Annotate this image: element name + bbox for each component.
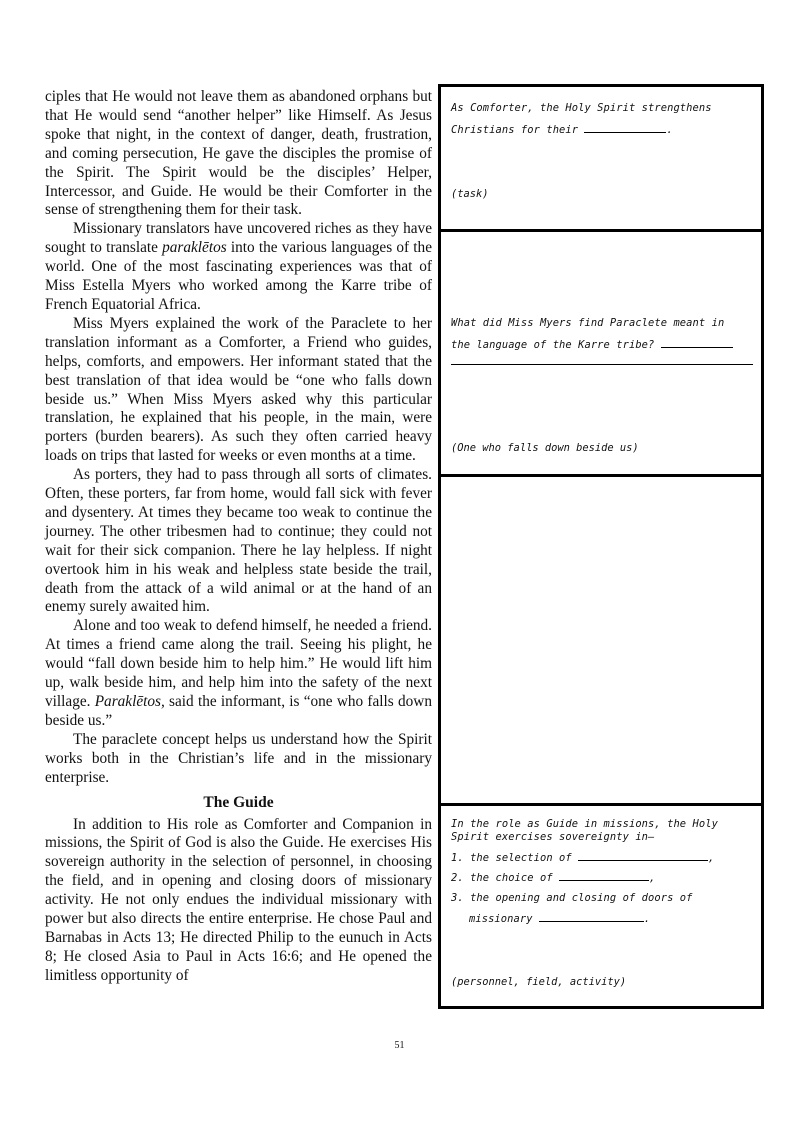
study-box-3-empty [441,477,761,806]
section-heading: The Guide [45,793,432,813]
question-line: What did Miss Myers find Paraclete meant… [451,312,753,334]
answer-key: (personnel, field, activity) [451,976,626,988]
paragraph-3: Miss Myers explained the work of the Par… [45,315,432,466]
main-text-column: ciples that He would not leave them as a… [45,88,432,986]
question-line: Christians for their . [451,119,753,141]
term-parakletos: Paraklētos, [95,693,165,710]
term-parakletos: paraklētos [162,239,227,256]
answer-key: (One who falls down beside us) [451,442,639,454]
question-intro: Spirit exercises sovereignty in— [451,831,753,844]
paragraph-4: As porters, they had to pass through all… [45,466,432,617]
answer-key: (task) [451,188,489,200]
question-item-1: 1. the selection of , [451,848,753,868]
answer-blank-line[interactable] [451,360,753,365]
answer-blank[interactable] [539,911,644,922]
study-panel: As Comforter, the Holy Spirit strengthen… [438,84,764,1009]
question-item-2: 2. the choice of , [451,868,753,888]
question-line: the language of the Karre tribe? [451,334,753,356]
page-number: 51 [0,1040,799,1051]
paragraph-5: Alone and too weak to defend himself, he… [45,617,432,730]
answer-blank[interactable] [578,850,708,861]
answer-blank[interactable] [584,122,666,133]
question-line: As Comforter, the Holy Spirit strengthen… [451,97,753,119]
study-box-2: What did Miss Myers find Paraclete meant… [441,232,761,477]
paragraph-6: The paraclete concept helps us understan… [45,731,432,788]
question-intro: In the role as Guide in missions, the Ho… [451,818,753,831]
question-item-3: 3. the opening and closing of doors of [451,888,753,908]
answer-blank[interactable] [661,337,733,348]
paragraph-7: In addition to His role as Comforter and… [45,816,432,986]
paragraph-1: ciples that He would not leave them as a… [45,88,432,220]
answer-blank[interactable] [559,870,649,881]
paragraph-2: Missionary translators have uncovered ri… [45,220,432,315]
study-box-1: As Comforter, the Holy Spirit strengthen… [441,87,761,232]
question-item-3-cont: missionary . [451,908,753,930]
study-box-4: In the role as Guide in missions, the Ho… [441,806,761,1006]
